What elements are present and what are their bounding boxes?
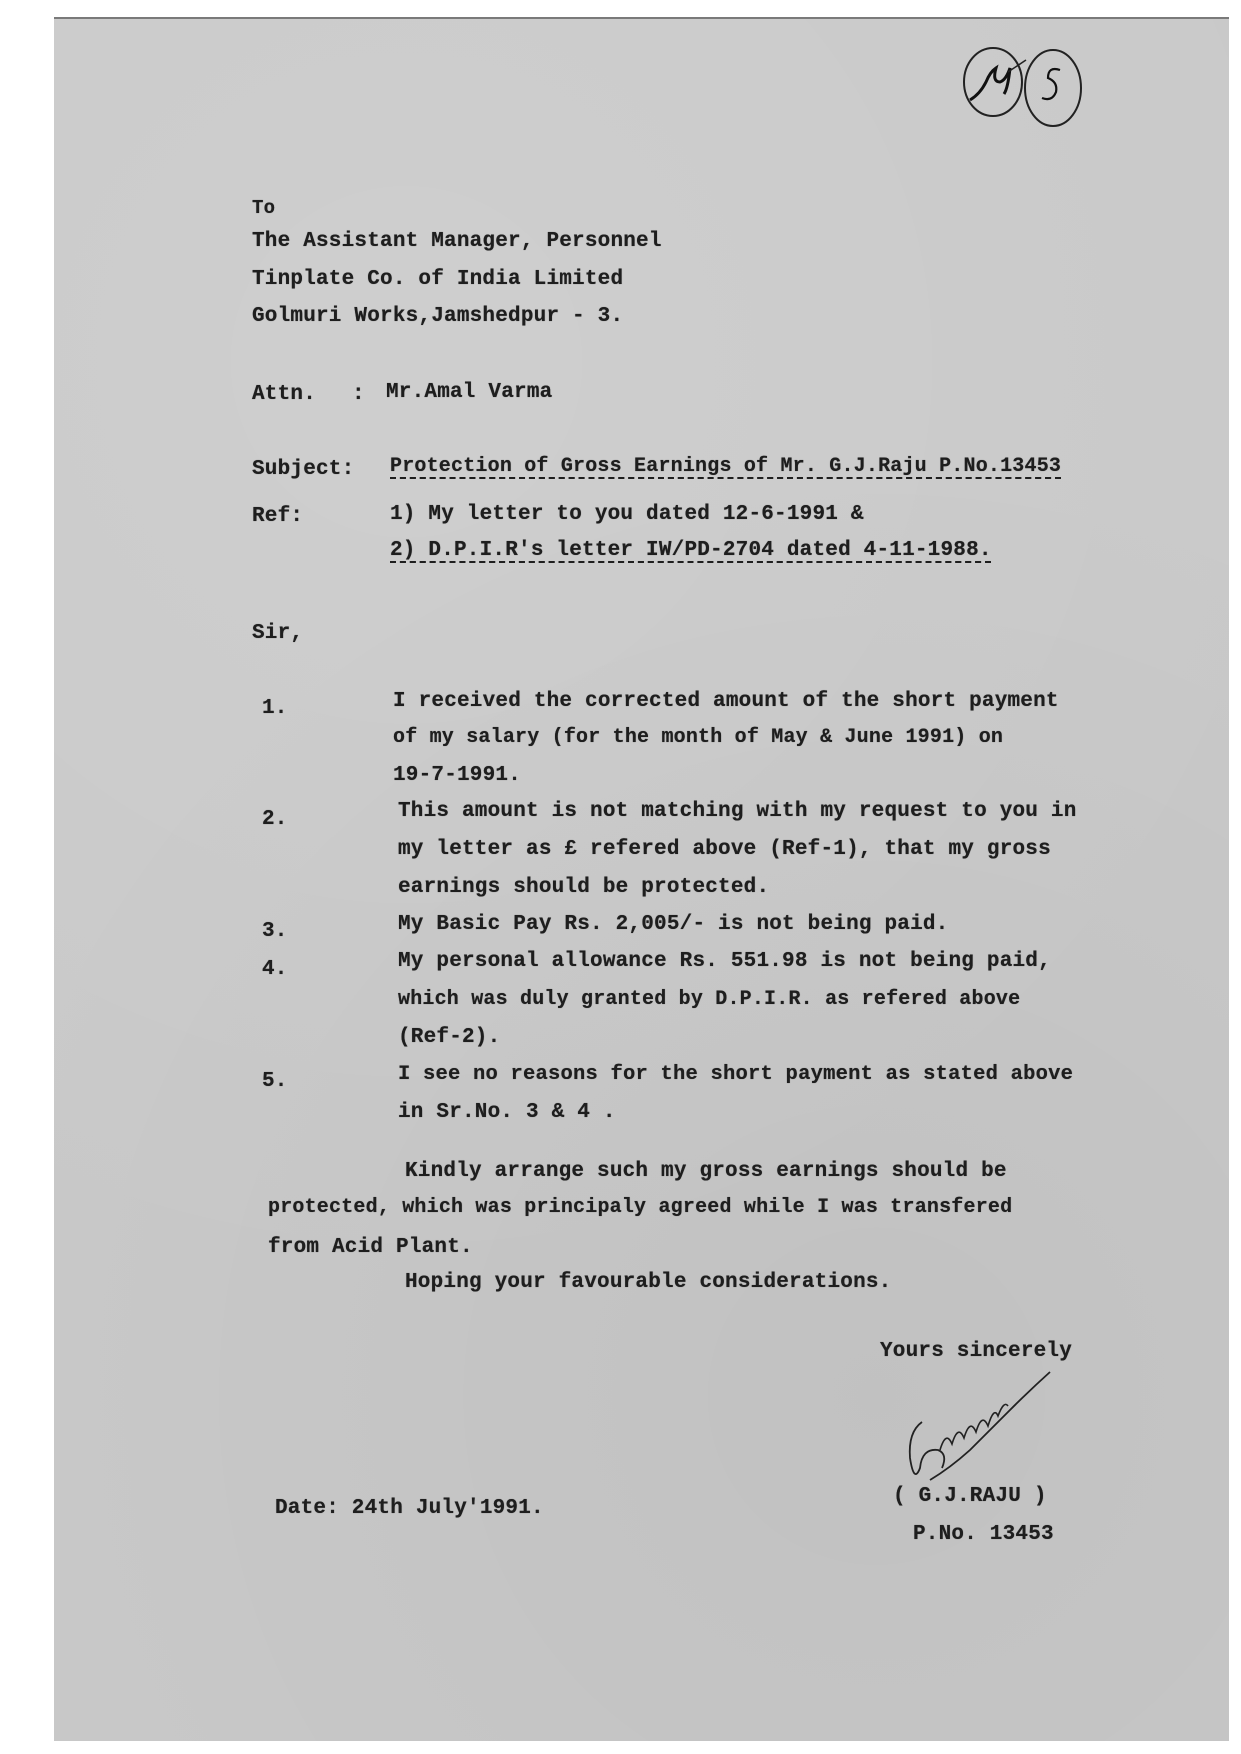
greeting: Sir, (252, 622, 303, 645)
recipient-line-2: Tinplate Co. of India Limited (252, 268, 623, 291)
subject-label: Subject: (252, 458, 354, 481)
point-1-line-2: of my salary (for the month of May & Jun… (393, 726, 1003, 749)
point-2-line-3: earnings should be protected. (398, 876, 769, 899)
point-5-line-1: I see no reasons for the short payment a… (398, 1063, 1073, 1086)
point-4-line-2: which was duly granted by D.P.I.R. as re… (398, 988, 1020, 1011)
point-1-line-1: I received the corrected amount of the s… (393, 690, 1059, 713)
point-number-3: 3. (262, 920, 288, 943)
ref-line-2: 2) D.P.I.R's letter IW/PD-2704 dated 4-1… (390, 539, 992, 562)
attn-value: Mr.Amal Varma (386, 381, 552, 404)
subject-value: Protection of Gross Earnings of Mr. G.J.… (390, 455, 1061, 478)
signature-icon (900, 1360, 1080, 1490)
ref-line-1: 1) My letter to you dated 12-6-1991 & (390, 503, 864, 526)
point-number-5: 5. (262, 1070, 288, 1093)
point-4-line-1: My personal allowance Rs. 551.98 is not … (398, 950, 1051, 973)
recipient-line-3: Golmuri Works,Jamshedpur - 3. (252, 305, 623, 328)
hope-line: Hoping your favourable considerations. (405, 1271, 891, 1294)
closing-line-1: Kindly arrange such my gross earnings sh… (405, 1160, 1007, 1183)
ref-label: Ref: (252, 505, 303, 528)
point-3-line-1: My Basic Pay Rs. 2,005/- is not being pa… (398, 913, 949, 936)
point-5-line-2: in Sr.No. 3 & 4 . (398, 1101, 616, 1124)
point-number-4: 4. (262, 958, 288, 981)
closing-line-2: protected, which was principaly agreed w… (268, 1196, 1012, 1219)
closing-line-3: from Acid Plant. (268, 1236, 473, 1259)
date-line: Date: 24th July'1991. (275, 1497, 544, 1520)
point-number-1: 1. (262, 697, 288, 720)
to-label: To (252, 197, 275, 219)
paper-top-edge (54, 17, 1229, 19)
point-number-2: 2. (262, 808, 288, 831)
point-2-line-2: my letter as £ refered above (Ref-1), th… (398, 838, 1051, 861)
recipient-line-1: The Assistant Manager, Personnel (252, 230, 662, 253)
attn-separator: : (352, 383, 365, 406)
point-1-line-3: 19-7-1991. (393, 764, 521, 787)
attn-label: Attn. (252, 383, 316, 406)
point-4-line-3: (Ref-2). (398, 1026, 500, 1049)
circled-page-marks-icon (960, 40, 1100, 140)
point-2-line-1: This amount is not matching with my requ… (398, 800, 1077, 823)
signatory-pno: P.No. 13453 (913, 1523, 1054, 1546)
signatory-name: ( G.J.RAJU ) (893, 1485, 1047, 1508)
